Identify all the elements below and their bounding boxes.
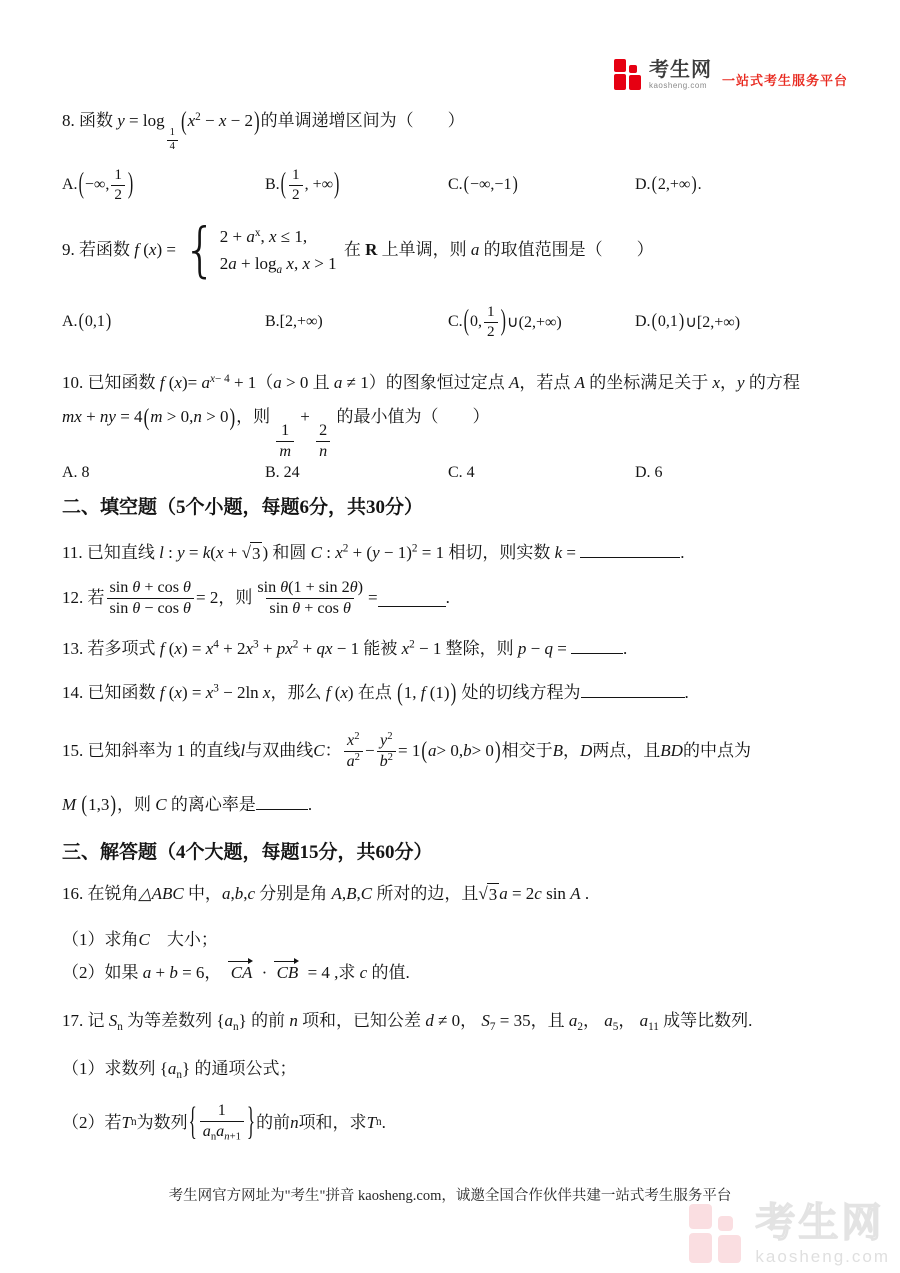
question-10-stem-line1: 10. 已知函数 f (x)= ax− 4 + 1（a > 0 且 a ≠ 1）… — [62, 372, 850, 395]
logo-domain: kaosheng.com — [649, 82, 712, 90]
section-fill-in-heading: 二、填空题（5个小题，每题6分，共30分） — [62, 495, 850, 521]
question-17-part2: （2）若 Tn 为数列 {1anan+1} 的前 n 项和，求 Tn . — [62, 1094, 850, 1152]
watermark-domain: kaosheng.com — [755, 1248, 890, 1265]
question-16-part1: （1）求角C 大小； — [62, 929, 850, 952]
kaosheng-h-icon — [614, 58, 644, 92]
q10-option-d: D. 6 — [635, 461, 663, 485]
question-16-part2: （2）如果 a + b = 6， CA · CB = 4 ,求 c 的值. — [62, 962, 850, 985]
question-16-stem: 16. 在锐角△ABC 中，a,b,c 分别是角 A,B,C 所对的边，且√3a… — [62, 883, 850, 907]
question-10-options: A. 8 B. 24 C. 4 D. 6 — [62, 461, 850, 485]
q8-option-d: D. (2,+∞). — [635, 158, 702, 212]
logo-tagline: 一站式考生服务平台 — [722, 70, 848, 92]
question-14-stem: 14. 已知函数 f (x) = x3 − 2ln x，那么 f (x) 在点 … — [62, 680, 850, 705]
q8-option-b: B. (12, +∞) — [265, 158, 340, 212]
question-9-stem: 9. 若函数 f (x) = {2 + ax, x ≤ 1,2a + loga … — [62, 224, 850, 278]
section-solve-heading: 三、解答题（4个大题，每题15分，共60分） — [62, 840, 850, 866]
watermark-h-icon — [689, 1202, 747, 1266]
question-12-stem: 12. 若 sin θ + cos θsin θ − cos θ = 2，则 s… — [62, 572, 850, 624]
q9-option-d: D. (0,1)∪[2,+∞) — [635, 294, 740, 350]
question-17-stem: 17. 记 Sn 为等差数列 {an} 的前 n 项和，已知公差 d ≠ 0， … — [62, 1010, 850, 1033]
q10-option-a: A. 8 — [62, 461, 90, 485]
q9-option-b: B. [2,+∞) — [265, 294, 323, 350]
question-15-stem-line1: 15. 已知斜率为 1 的直线 l 与双曲线 C： x2a2 − y2b2 = … — [62, 724, 850, 778]
watermark-brand-name: 考生网 — [755, 1203, 890, 1243]
question-17-part1: （1）求数列 {an} 的通项公式； — [62, 1058, 850, 1081]
question-9-options: A. (0,1) B. [2,+∞) C. (0, 12)∪(2,+∞) D. … — [62, 294, 850, 350]
question-15-stem-line2: M (1,3)，则 C 的离心率是. — [62, 792, 850, 817]
logo-brand-name: 考生网 — [649, 60, 712, 80]
exam-paper-page: 考生网 kaosheng.com 一站式考生服务平台 8. 函数 y = log… — [0, 0, 900, 1273]
question-13-stem: 13. 若多项式 f (x) = x4 + 2x3 + px2 + qx − 1… — [62, 636, 850, 661]
q8-option-a: A. (−∞, 12) — [62, 158, 134, 212]
q9-option-c: C. (0, 12)∪(2,+∞) — [448, 294, 562, 350]
kaosheng-logo: 考生网 kaosheng.com 一站式考生服务平台 — [614, 58, 848, 92]
q9-option-a: A. (0,1) — [62, 294, 112, 350]
question-8-stem: 8. 函数 y = log14(x2 − x − 2)的单调递增区间为（ ） — [62, 110, 850, 153]
q10-option-b: B. 24 — [265, 461, 300, 485]
question-11-stem: 11. 已知直线 l : y = k(x + √3) 和圆 C : x2 + (… — [62, 540, 850, 566]
question-10-stem-line2: mx + ny = 4(m > 0,n > 0)，则 1m + 2n 的最小值为… — [62, 406, 850, 460]
q8-option-c: C. (−∞,−1) — [448, 158, 519, 212]
kaosheng-watermark: 考生网 kaosheng.com — [689, 1202, 890, 1266]
q10-option-c: C. 4 — [448, 461, 475, 485]
question-8-options: A. (−∞, 12) B. (12, +∞) C. (−∞,−1) D. (2… — [62, 158, 850, 212]
